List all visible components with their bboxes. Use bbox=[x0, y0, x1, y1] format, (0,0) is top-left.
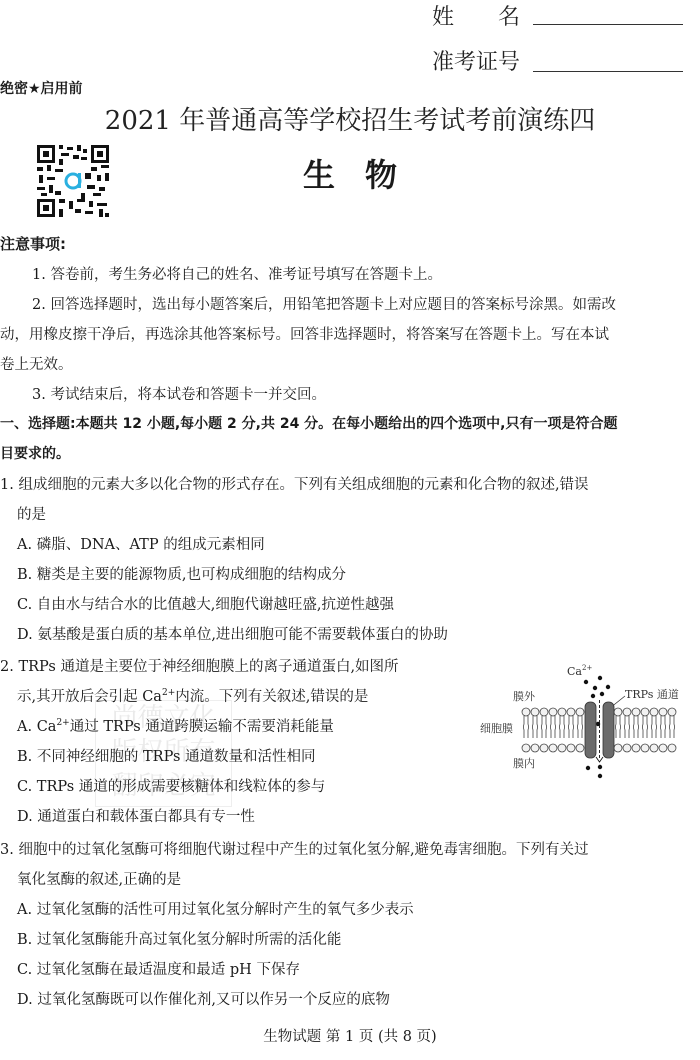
question-2-option-d: D. 通道蛋白和载体蛋白都具有专一性 bbox=[0, 805, 700, 826]
question-3-option-c: C. 过氧化氢酶在最适温度和最适 pH 下保存 bbox=[0, 958, 700, 979]
question-1-option-b: B. 糖类是主要的能源物质,也可构成细胞的结构成分 bbox=[0, 563, 700, 584]
question-3-option-a: A. 过氧化氢酶的活性可用过氧化氢分解时产生的氧气多少表示 bbox=[0, 898, 700, 919]
exam-title: 2021 年普通高等学校招生考试考前演练四 bbox=[0, 100, 700, 137]
section-heading-cont: 目要求的。 bbox=[0, 443, 700, 463]
question-1-option-c: C. 自由水与结合水的比值越大,细胞代谢越旺盛,抗逆性越强 bbox=[0, 593, 700, 614]
trps-channel-diagram: Ca2+ 膜外 细胞膜 膜内 TRPs 通道 bbox=[475, 660, 700, 785]
question-3-stem-cont: 氧化氢酶的叙述,正确的是 bbox=[0, 868, 700, 889]
membrane-label: 细胞膜 bbox=[480, 721, 513, 735]
svg-text:Ca2+: Ca2+ bbox=[567, 664, 592, 678]
secret-label: 绝密★启用前 bbox=[0, 78, 83, 98]
note-item: 3. 考试结束后，将本试卷和答题卡一并交回。 bbox=[0, 383, 700, 404]
note-item: 动，用橡皮擦干净后，再选涂其他答案标号。回答非选择题时，将答案写在答题卡上。写在… bbox=[0, 323, 700, 344]
exam-id-field-line[interactable] bbox=[533, 71, 683, 72]
inside-label: 膜内 bbox=[513, 756, 535, 770]
note-item: 1. 答卷前，考生务必将自己的姓名、准考证号填写在答题卡上。 bbox=[0, 263, 700, 284]
section-heading: 一、选择题:本题共 12 小题,每小题 2 分,共 24 分。在每小题给出的四个… bbox=[0, 413, 700, 433]
question-1-stem: 1. 组成细胞的元素大多以化合物的形式存在。下列有关组成细胞的元素和化合物的叙述… bbox=[0, 473, 700, 494]
note-item: 2. 回答选择题时，选出每小题答案后，用铅笔把答题卡上对应题目的答案标号涂黑。如… bbox=[0, 293, 700, 314]
notes-heading: 注意事项: bbox=[0, 233, 66, 254]
exam-id-label: 准考证号 bbox=[432, 45, 520, 76]
question-3-stem: 3. 细胞中的过氧化氢酶可将细胞代谢过程中产生的过氧化氢分解,避免毒害细胞。下列… bbox=[0, 838, 700, 859]
question-1-stem-cont: 的是 bbox=[0, 503, 700, 524]
channel-label: TRPs 通道 bbox=[625, 688, 679, 701]
name-label: 姓 名 bbox=[432, 0, 520, 31]
page-footer: 生物试题 第 1 页 (共 8 页) bbox=[0, 1025, 700, 1046]
name-field-line[interactable] bbox=[533, 24, 683, 25]
note-item: 卷上无效。 bbox=[0, 353, 700, 374]
outside-label: 膜外 bbox=[513, 689, 536, 703]
subject-title: 生物 bbox=[0, 150, 700, 196]
question-1-option-d: D. 氨基酸是蛋白质的基本单位,进出细胞可能不需要载体蛋白的协助 bbox=[0, 623, 700, 644]
question-1-option-a: A. 磷脂、DNA、ATP 的组成元素相同 bbox=[0, 533, 700, 554]
question-3-option-b: B. 过氧化氢酶能升高过氧化氢分解时所需的活化能 bbox=[0, 928, 700, 949]
question-3-option-d: D. 过氧化氢酶既可以作催化剂,又可以作另一个反应的底物 bbox=[0, 988, 700, 1009]
